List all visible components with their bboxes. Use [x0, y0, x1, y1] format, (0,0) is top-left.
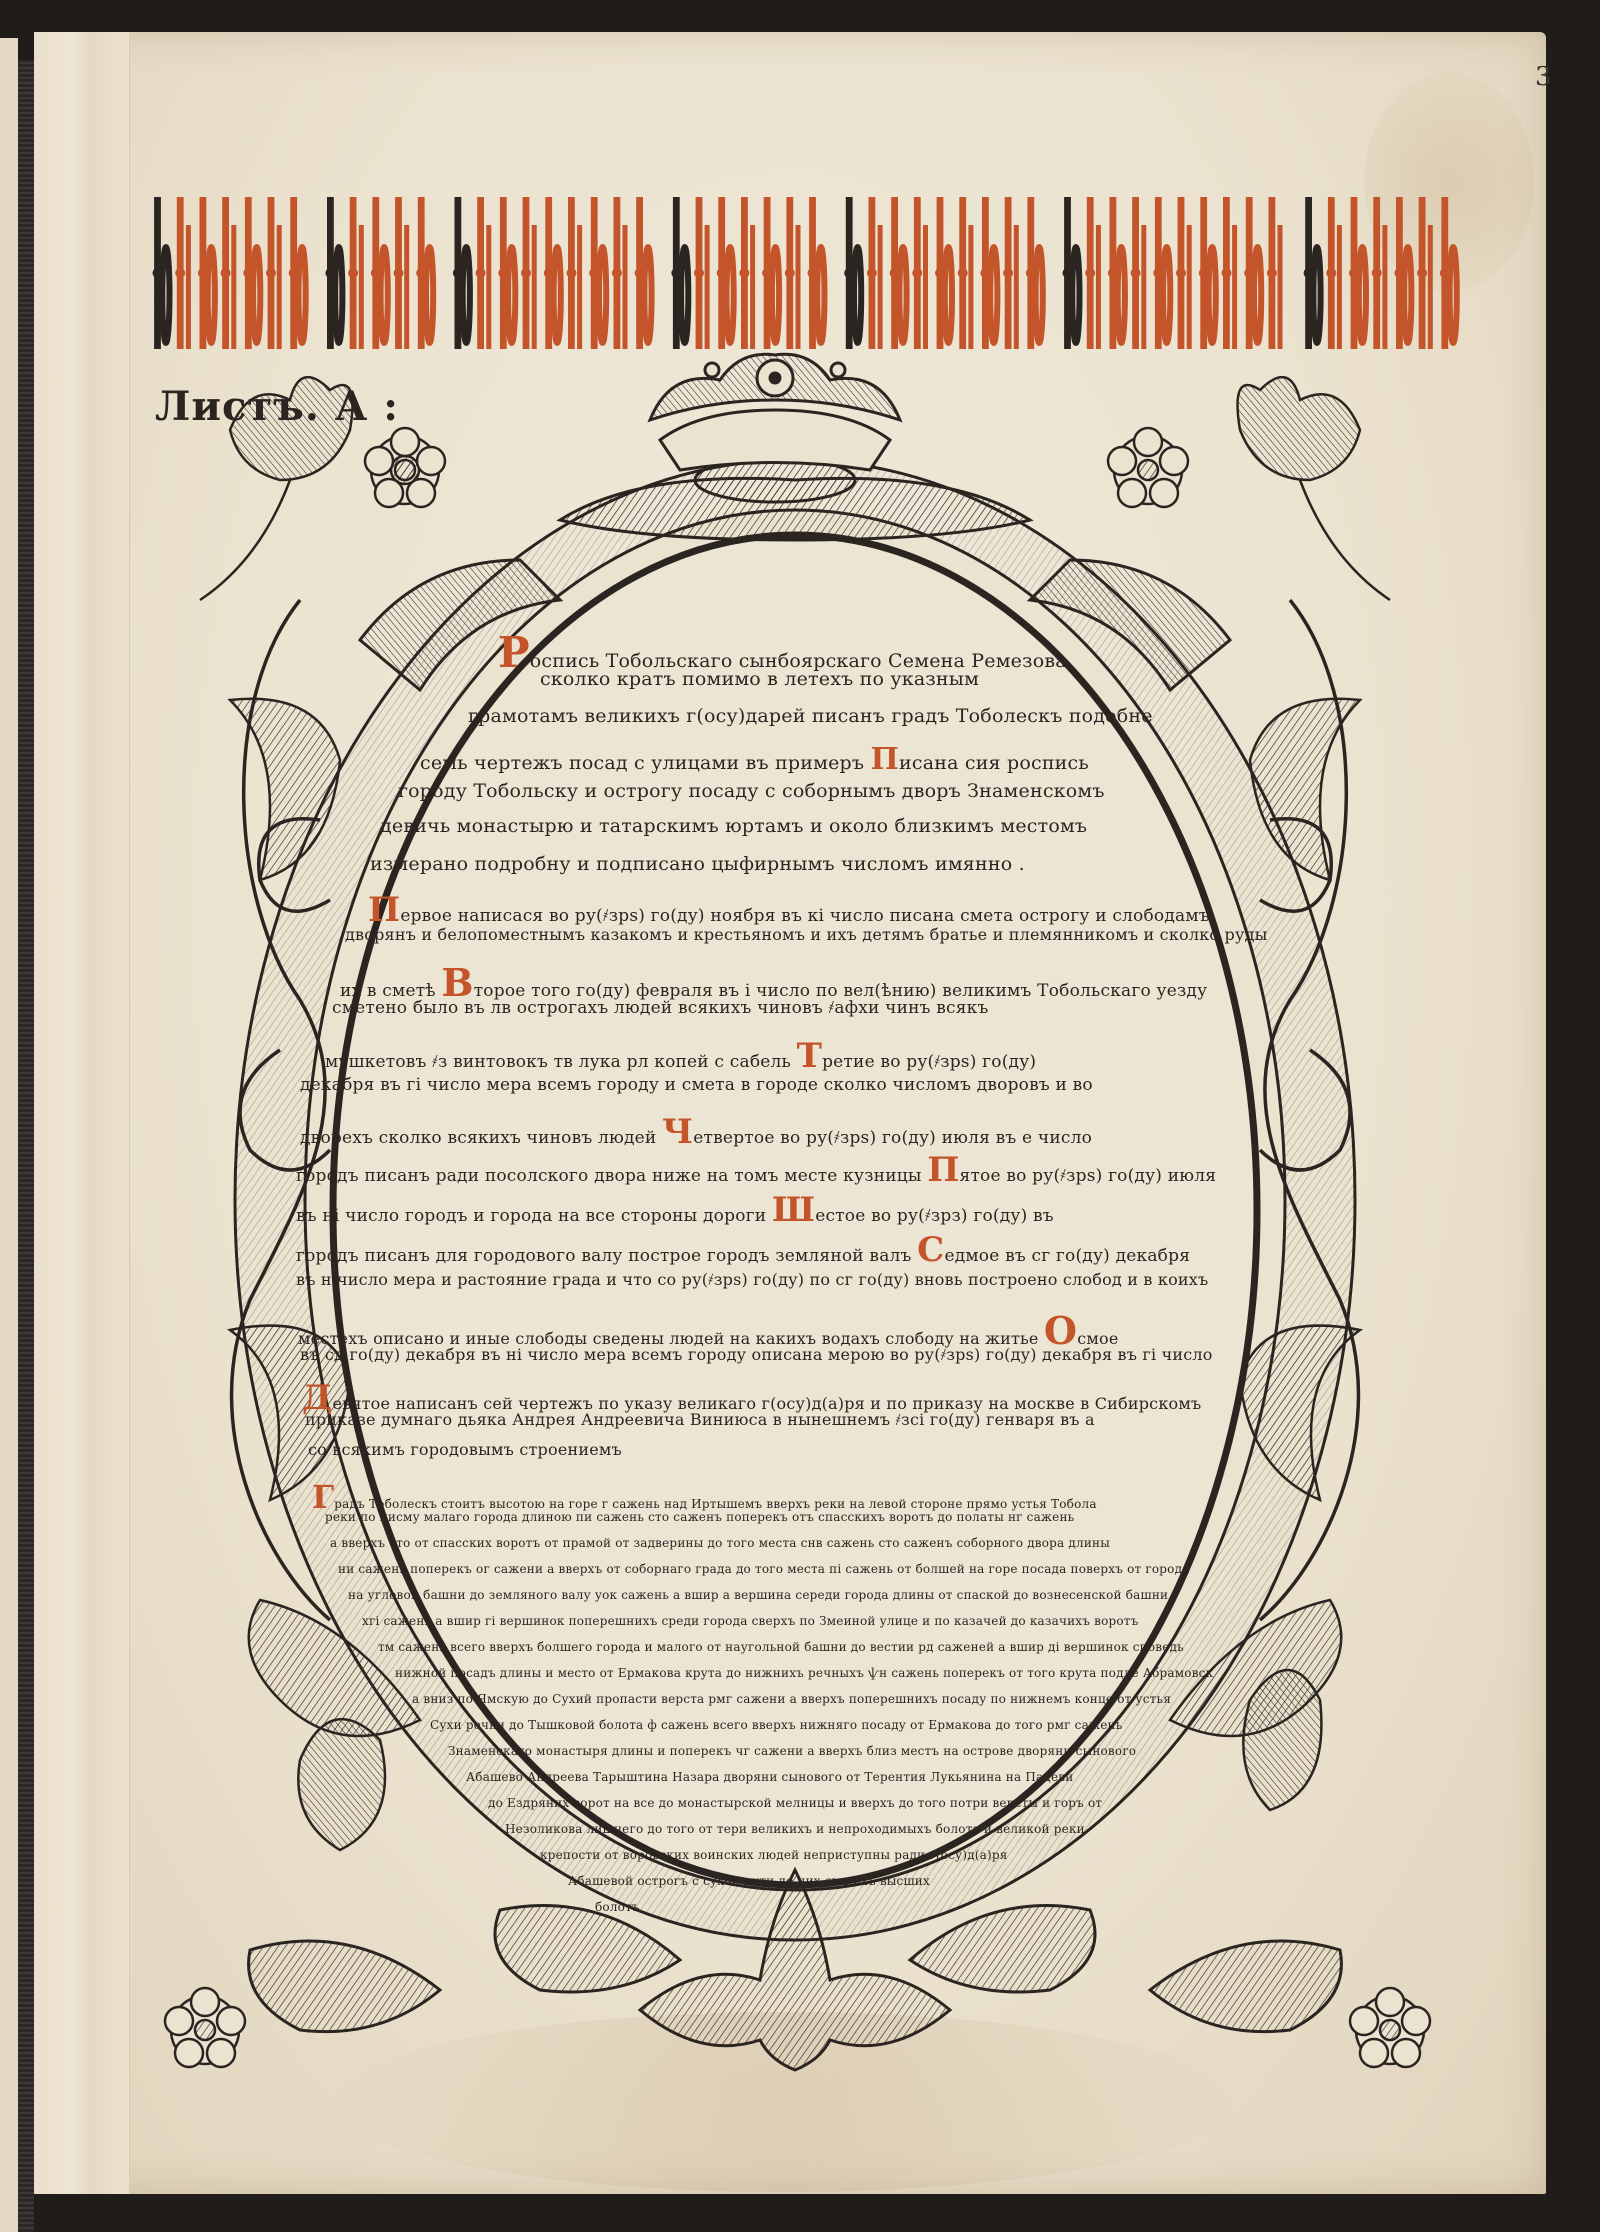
text-line: а вниз по Ямскую до Сухий пропасти верст… — [412, 1692, 1171, 1706]
text-line: Абашево Андреева Тарыштина Назара дворян… — [466, 1770, 1073, 1784]
text-line: въ ні число городъ и города на все сторо… — [296, 1190, 1054, 1230]
text-line: городъ писанъ для городового валу постро… — [296, 1230, 1190, 1270]
text-line: дворехъ сколко всякихъ чиновъ людей Четв… — [300, 1112, 1092, 1152]
text-line: городу Тобольску и острогу посаду с собо… — [398, 780, 1105, 802]
text-line: мушкетовъ ҂з винтовокъ тв лука рл копей … — [325, 1036, 1036, 1076]
text-line: декабря въ гі число мера всемъ городу и … — [300, 1075, 1093, 1095]
text-line: грамотамъ великихъ г(осу)дарей писанъ гр… — [468, 705, 1153, 727]
text-line: приказе думнаго дьяка Андрея Андреевича … — [305, 1410, 1095, 1430]
text-line: на угловой башни до земляного валу уок с… — [348, 1588, 1168, 1602]
text-line: сметено было въ лв острогахъ людей всяки… — [332, 998, 989, 1018]
text-line: со всякимъ городовымъ строениемъ — [308, 1440, 622, 1459]
text-line: семь чертежъ посад с улицами въ примеръ … — [420, 742, 1089, 777]
text-line: реки по писму малаго города длиною пи са… — [325, 1510, 1074, 1524]
text-line: сколко кратъ помимо в летехъ по указным — [540, 668, 979, 690]
text-line: Первое написася во ру(҂зрѕ) го(ду) ноябр… — [368, 890, 1210, 930]
text-line: крепости от воровских воинских людей неп… — [540, 1848, 1008, 1862]
text-line: хгі сажень а вшир гі вершинок поперешних… — [362, 1614, 1138, 1628]
text-line: тм сажень всего вверхъ болшего города и … — [378, 1640, 1184, 1654]
text-line: а вверхъ сто от спасских воротъ от прамо… — [330, 1536, 1110, 1550]
manuscript-text-body: Роспись Тобольскаго сынбоярскаго Семена … — [0, 0, 1600, 2232]
text-line: измерано подробну и подписано цыфирнымъ … — [370, 853, 1025, 875]
text-line: девичь монастырю и татарскимъ юртамъ и о… — [380, 815, 1087, 837]
text-line: Сухи речки до Тышковой болота ф сажень в… — [430, 1718, 1122, 1732]
text-line: Абашевой острогъ с сухой пути до них сыщ… — [568, 1874, 930, 1888]
text-line: Незоликова лишнего до того от тери велик… — [505, 1822, 1085, 1836]
text-line: ни сажень поперекъ ог сажени а вверхъ от… — [338, 1562, 1190, 1576]
text-line: болотъ — [595, 1900, 640, 1914]
text-line: въ н число мера и растояние града и что … — [296, 1270, 1208, 1290]
text-line: Знаменскаго монастыря длины и поперекъ ч… — [448, 1744, 1136, 1758]
text-line: въ сд го(ду) декабря въ ні число мера вс… — [300, 1345, 1213, 1365]
text-line: нижной посадъ длины и место от Ермакова … — [395, 1666, 1213, 1680]
text-line: до Ездряних ворот на все до монастырской… — [488, 1796, 1102, 1810]
text-line: городъ писанъ ради посолского двора ниже… — [296, 1150, 1216, 1190]
text-line: дворянъ и белопоместнымъ казакомъ и крес… — [345, 925, 1268, 944]
